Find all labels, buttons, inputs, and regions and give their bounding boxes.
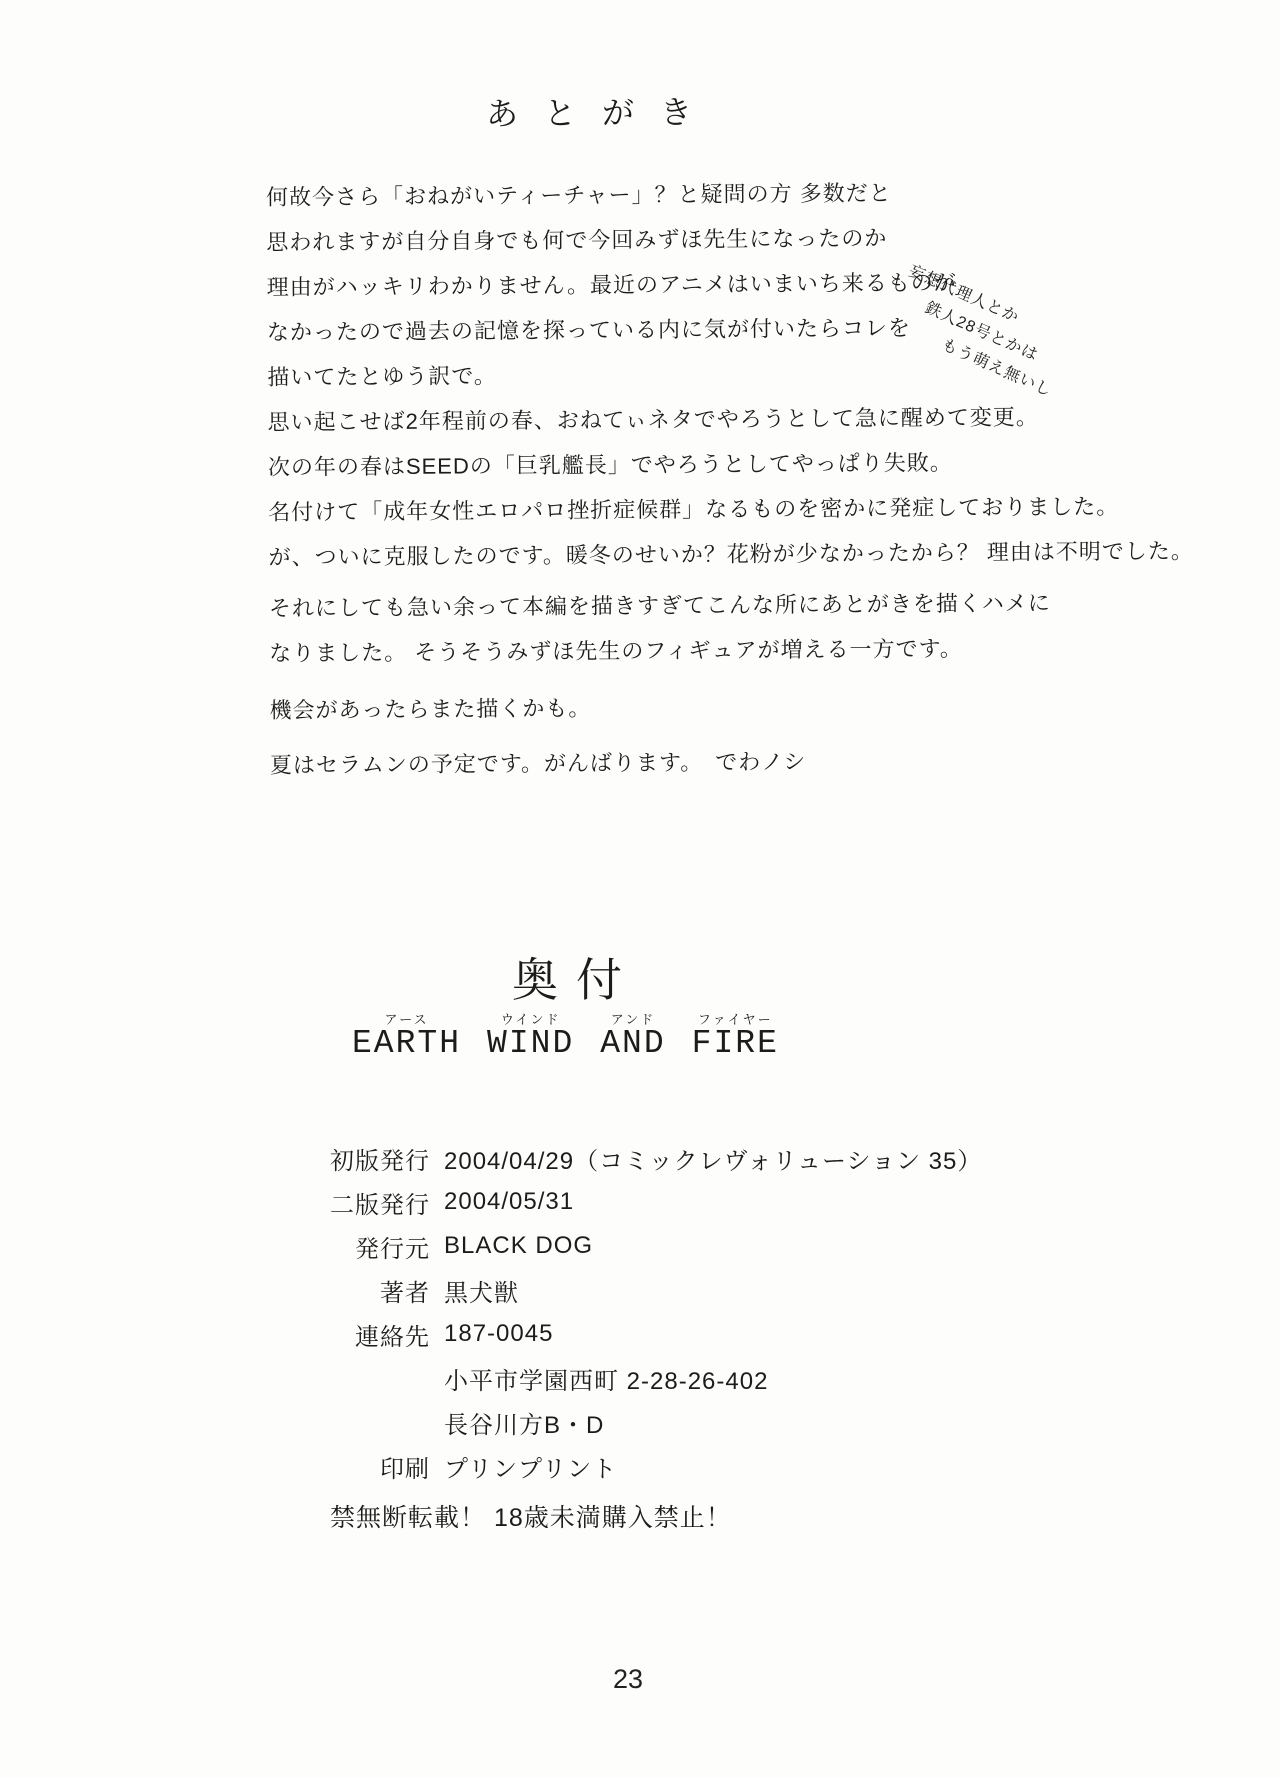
colophon-row-label: 連絡先: [280, 1317, 430, 1352]
book-title-word: WINDウインド: [487, 1012, 574, 1062]
colophon-row-label: 発行元: [280, 1229, 430, 1264]
colophon-row-author: 著者 黒犬獣: [280, 1268, 1040, 1312]
afterword-line: が、ついに克服したのです。暖冬のせいか？花粉が少なかったから？ 理由は不明でした…: [268, 529, 1068, 580]
afterword-line: 思われますが自分自身でも何で今回みずほ先生になったのか: [266, 214, 1066, 265]
afterword-line: 機会があったらまた描くかも。: [269, 682, 1069, 733]
afterword-line: なりました。 そうそうみずほ先生のフィギュアが増える一方です。: [269, 625, 1069, 676]
afterword-line: それにしても急い余って本編を描きすぎてこんな所にあとがきを描くハメに: [269, 580, 1069, 631]
book-title-word-text: WIND: [487, 1025, 574, 1062]
colophon-row-value: 187-0045: [444, 1320, 553, 1348]
colophon-row-contact-zip: 連絡先 187-0045: [280, 1312, 1040, 1356]
colophon-row-second-printing: 二版発行 2004/05/31: [280, 1180, 1040, 1224]
page-number: 23: [0, 1664, 1256, 1695]
book-title: EARTHアース WINDウインド ANDアンド FIREファイヤー: [352, 1012, 779, 1062]
book-title-word-text: EARTH: [352, 1025, 461, 1062]
colophon-row-printer: 印刷 プリンプリント: [280, 1444, 1040, 1488]
colophon-row-value: BLACK DOG: [444, 1232, 593, 1260]
colophon-row-address2: 長谷川方B・D: [280, 1400, 1040, 1444]
afterword-line: 思い起こせば2年程前の春、おねてぃネタでやろうとして急に醒めて変更。: [267, 394, 1067, 445]
book-title-word-furigana: ファイヤー: [692, 1012, 779, 1027]
book-title-word: ANDアンド: [600, 1012, 665, 1062]
colophon-row-address: 小平市学園西町 2-28-26-402: [280, 1356, 1040, 1400]
colophon-title: 奥付: [512, 944, 640, 1010]
colophon-row-value: 黒犬獣: [444, 1273, 519, 1308]
reprint-prohibition-notice: 禁無断転載！ 18歳未満購入禁止！: [330, 1498, 732, 1534]
book-title-word-furigana: アンド: [600, 1012, 665, 1027]
colophon-row-publisher: 発行元 BLACK DOG: [280, 1224, 1040, 1268]
book-title-word-text: FIRE: [692, 1025, 779, 1062]
afterword-text: 何故今さら「おねがいティーチャー」？と疑問の方 多数だと 思われますが自分自身で…: [266, 169, 1070, 788]
colophon-row-first-printing: 初版発行 2004/04/29（コミックレヴォリューション 35）: [280, 1136, 1040, 1180]
colophon-row-value: 小平市学園西町 2-28-26-402: [444, 1361, 768, 1396]
colophon-row-value: 2004/04/29（コミックレヴォリューション 35）: [444, 1141, 982, 1176]
book-title-word-furigana: ウインド: [487, 1012, 574, 1027]
colophon-row-label: 二版発行: [280, 1185, 430, 1220]
afterword-line: 次の年の春はSEEDの「巨乳艦長」でやろうとしてやっぱり失敗。: [268, 439, 1068, 490]
afterword-line: 名付けて「成年女性エロパロ挫折症候群」なるものを密かに発症しておりました。: [268, 484, 1068, 535]
colophon-row-label: 印刷: [280, 1449, 430, 1484]
afterword-line: 何故今さら「おねがいティーチャー」？と疑問の方 多数だと: [266, 169, 1066, 220]
book-title-word: FIREファイヤー: [692, 1012, 779, 1062]
scanned-doujinshi-page: あとがき 何故今さら「おねがいティーチャー」？と疑問の方 多数だと 思われますが…: [0, 0, 1280, 1778]
colophon-row-label: 初版発行: [280, 1141, 430, 1176]
colophon-row-label: 著者: [280, 1273, 430, 1308]
colophon-row-value: 2004/05/31: [444, 1188, 574, 1216]
colophon-row-value: プリンプリント: [444, 1449, 617, 1484]
book-title-word-furigana: アース: [352, 1012, 461, 1027]
afterword-title: あとがき: [486, 87, 718, 135]
colophon-row-value: 長谷川方B・D: [444, 1405, 604, 1440]
colophon-info-table: 初版発行 2004/04/29（コミックレヴォリューション 35） 二版発行 2…: [280, 1136, 1040, 1488]
book-title-word: EARTHアース: [352, 1012, 461, 1062]
book-title-word-text: AND: [600, 1025, 665, 1062]
afterword-line: 夏はセラムンの予定です。がんばります。 でわノシ: [270, 737, 1070, 788]
